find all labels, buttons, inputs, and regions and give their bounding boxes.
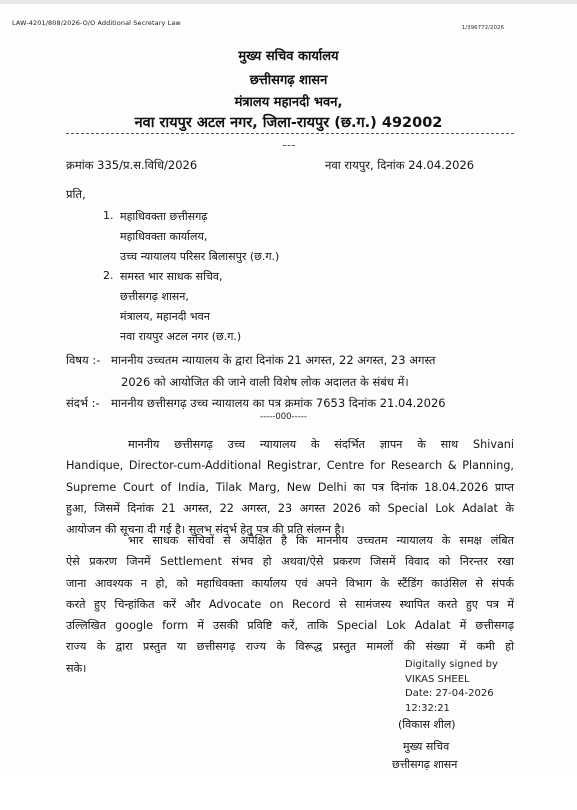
paragraph-2-line: उल्लिखित google form में उसकी प्रविष्टि … (66, 615, 514, 636)
recipient-2-index: 2. (103, 269, 114, 282)
header-divider-short (283, 145, 295, 146)
paragraph-1: माननीय छत्तीसगढ़ उच्च न्यायालय के संदर्भ… (66, 434, 514, 540)
paragraph-1-line: माननीय छत्तीसगढ़ उच्च न्यायालय के संदर्भ… (66, 434, 514, 455)
recipient-2-line-1: समस्त भार साधक सचिव, (120, 269, 223, 284)
recipient-1-line-3: उच्च न्यायालय परिसर बिलासपुर (छ.ग.) (120, 249, 279, 264)
letterhead-office: मुख्य सचिव कार्यालय (0, 46, 577, 64)
digital-signature-line-1: Digitally signed by (405, 658, 498, 673)
paragraph-2-line: भार साधक सचिवों से अपेक्षित है कि माननीय… (66, 530, 514, 551)
digital-signature-signer: VIKAS SHEEL (405, 673, 498, 688)
letterhead-building: मंत्रालय महानदी भवन, (0, 92, 577, 110)
recipient-2-line-2: छत्तीसगढ़ शासन, (120, 289, 189, 304)
letter-place-date: नवा रायपुर, दिनांक 24.04.2026 (325, 158, 474, 173)
recipient-1-line-2: महाधिवक्ता कार्यालय, (120, 229, 207, 244)
digital-signature-date: Date: 27-04-2026 (405, 687, 498, 702)
receipt-number: 1/396772/2026 (462, 25, 504, 31)
subject-line-1: माननीय उच्चतम न्यायालय के द्वारा दिनांक … (111, 353, 511, 368)
header-divider (66, 133, 514, 134)
letterhead-address: नवा रायपुर अटल नगर, जिला-रायपुर (छ.ग.) 4… (0, 112, 577, 132)
paragraph-2-line: राज्य के द्वारा प्रस्तुत या छत्तीसगढ़ रा… (66, 636, 514, 657)
file-reference: LAW-4201/808/2026-O/O Additional Secreta… (12, 19, 181, 27)
to-label: प्रति, (66, 187, 86, 202)
letterhead-government: छत्तीसगढ़ शासन (0, 70, 577, 88)
signatory-organization: छत्तीसगढ़ शासन (392, 757, 457, 772)
digital-signature-time: 12:32:21 (405, 702, 498, 717)
letter-number: क्रमांक 335/प्र.स.विधि/2026 (66, 158, 197, 173)
paragraph-1-line: Supreme Court of India, Tilak Marg, New … (66, 477, 514, 498)
reference-label: संदर्भ :- (66, 396, 100, 411)
document-page: LAW-4201/808/2026-O/O Additional Secreta… (0, 4, 577, 776)
subject-line-2: 2026 को आयोजित की जाने वाली विशेष लोक अद… (121, 375, 409, 390)
signatory-designation: मुख्य सचिव (403, 739, 449, 754)
recipient-2-line-3: मंत्रालय, महानदी भवन (120, 309, 210, 324)
recipient-1-line-1: महाधिवक्ता छत्तीसगढ़ (120, 209, 208, 224)
paragraph-2: भार साधक सचिवों से अपेक्षित है कि माननीय… (66, 530, 514, 679)
recipient-2-line-4: नवा रायपुर अटल नगर (छ.ग.) (120, 329, 241, 344)
recipient-1-index: 1. (103, 209, 114, 222)
paragraph-2-line: करते हुए चिन्हांकित करें और Advocate on … (66, 594, 514, 615)
paragraph-1-line: Handique, Director-cum-Additional Regist… (66, 455, 514, 476)
reference-text: माननीय छत्तीसगढ़ उच्च न्यायालय का पत्र क… (111, 396, 446, 411)
paragraph-2-line: जाना आवश्यक न हो, को महाधिवक्ता कार्यालय… (66, 573, 514, 594)
paragraph-2-line: ऐसे प्रकरण जिनमें Settlement संभव हो अथव… (66, 551, 514, 572)
signatory-name: (विकास शील) (398, 717, 456, 732)
digital-signature: Digitally signed by VIKAS SHEEL Date: 27… (405, 658, 498, 716)
subject-label: विषय :- (66, 353, 100, 368)
section-separator: -----000----- (260, 412, 307, 422)
paragraph-1-line: हुआ, जिसमें दिनांक 21 अगस्त, 22 अगस्त, 2… (66, 498, 514, 519)
